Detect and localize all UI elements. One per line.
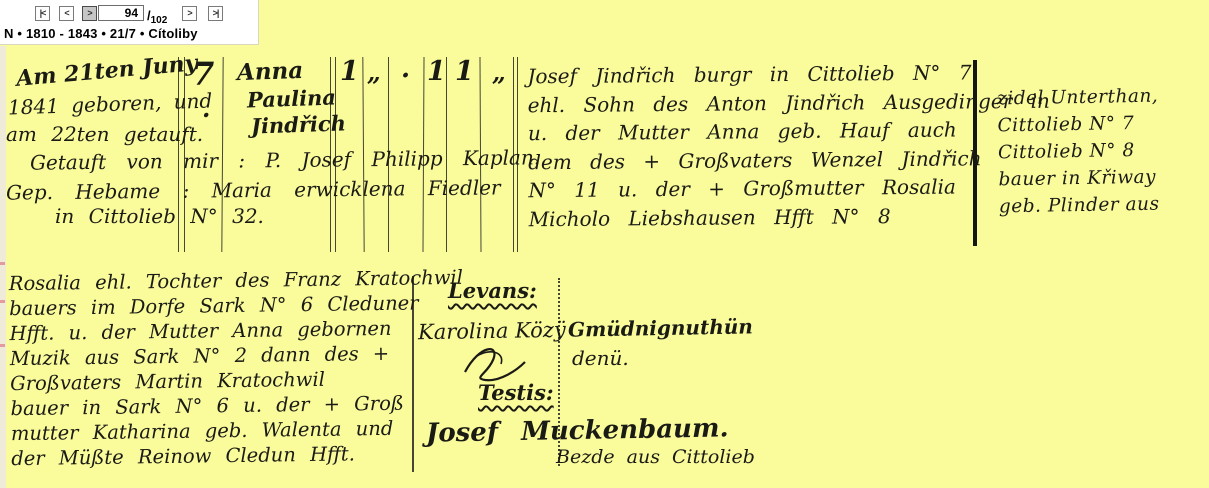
hw-father-line: u. der Mutter Anna geb. Hauf auch	[528, 115, 1050, 148]
hw-godparent-line: Cittolieb N° 7	[997, 110, 1159, 140]
register-scan[interactable]: Am 21ten Juny 1841 geboren, und am 22ten…	[0, 0, 1209, 488]
hw-mother-line: der Müßte Reinow Cledun Hfft.	[11, 440, 465, 471]
hw-testis-label: Testis:	[478, 382, 554, 404]
hw-child-name-1: Anna	[237, 59, 304, 85]
hw-tally-5: 1	[455, 58, 474, 86]
hw-testis-origin: Bezde aus Cittolieb	[556, 448, 755, 468]
hw-entry-date-line3: am 22ten getauft.	[6, 124, 203, 145]
register-viewer: Am 21ten Juny 1841 geboren, und am 22ten…	[0, 0, 1209, 488]
hw-house-number-dot: .	[202, 96, 210, 121]
hw-father-line: N° 11 u. der + Großmutter Rosalia	[528, 172, 1050, 205]
hw-father-line: dem des + Großvaters Wenzel Jindřich	[528, 143, 1050, 176]
scan-left-edge	[0, 46, 6, 488]
hw-tally-6: „	[492, 60, 506, 85]
hw-godparent-line: zidel Unterthan,	[997, 83, 1159, 113]
hw-father-line: ehl. Sohn des Anton Jindřich Ausgedinger…	[528, 86, 1050, 119]
nav-next-button-pressed[interactable]: >	[82, 6, 97, 21]
register-caption: N • 1810 - 1843 • 21/7 • Cítoliby	[4, 26, 198, 41]
hw-testis-name: Josef Muckenbaum.	[426, 415, 729, 448]
hw-godparent-line: Cittolieb N° 8	[998, 137, 1160, 167]
scan-edge-tick	[0, 300, 5, 303]
hw-entry-date-line1: Am 21ten Juny	[15, 52, 198, 91]
scan-edge-tick	[0, 262, 5, 265]
hw-tally-1: 1	[340, 58, 359, 86]
hw-godparents-column: zidel Unterthan, Cittolieb N° 7 Cittolie…	[997, 83, 1161, 221]
hw-child-name-2: Paulina	[247, 86, 337, 111]
hw-entry-date-line2: 1841 geboren, und	[8, 90, 213, 118]
hw-levans-name: Karolina Közÿ	[418, 319, 566, 344]
viewer-toolbar: |< < > /102 > >| N • 1810 - 1843 • 21/7 …	[0, 0, 259, 45]
hw-tally-3: .	[401, 56, 410, 83]
signature-flourish	[455, 342, 535, 384]
hw-godparent-line: bauer in Křiway	[998, 164, 1160, 194]
hw-mother-column: Rosalia ehl. Tochter des Franz Kratochwi…	[9, 265, 466, 471]
hw-remark-line2: denü.	[572, 348, 629, 369]
hw-father-column: Josef Jindřich burgr in Cittolieb N° 7 e…	[527, 58, 1051, 234]
hw-midwife-line: Gep. Hebame : Maria erwicklena Fiedler	[6, 177, 501, 203]
hw-midwife-residence: in Cittolieb N° 32.	[55, 206, 264, 227]
page-total: /102	[147, 7, 167, 25]
nav-prev-button[interactable]: <	[59, 6, 74, 21]
hw-baptized-by-line: Getauft von mir : P. Josef Philipp Kapla…	[30, 147, 540, 173]
page-number-input[interactable]	[98, 5, 144, 21]
hw-father-line: Micholo Liebshausen Hfft N° 8	[529, 200, 1051, 233]
hw-tally-4: 1	[427, 58, 446, 86]
nav-next2-button[interactable]: >	[182, 6, 197, 21]
nav-last-button[interactable]: >|	[208, 6, 223, 21]
hw-house-number: 7	[192, 58, 214, 92]
hw-child-name-3: Jindřich	[251, 112, 347, 137]
hw-remark-line1: Gmüdnignuthün	[568, 316, 753, 340]
scan-edge-tick	[0, 344, 5, 347]
hw-tally-2: „	[367, 60, 381, 85]
nav-first-button[interactable]: |<	[35, 6, 50, 21]
hw-godparent-line: geb. Plinder aus	[999, 191, 1161, 221]
page-total-count: 102	[151, 15, 168, 26]
hw-father-line: Josef Jindřich burgr in Cittolieb N° 7	[527, 58, 1049, 91]
hw-levans-label: Levans:	[448, 280, 537, 302]
